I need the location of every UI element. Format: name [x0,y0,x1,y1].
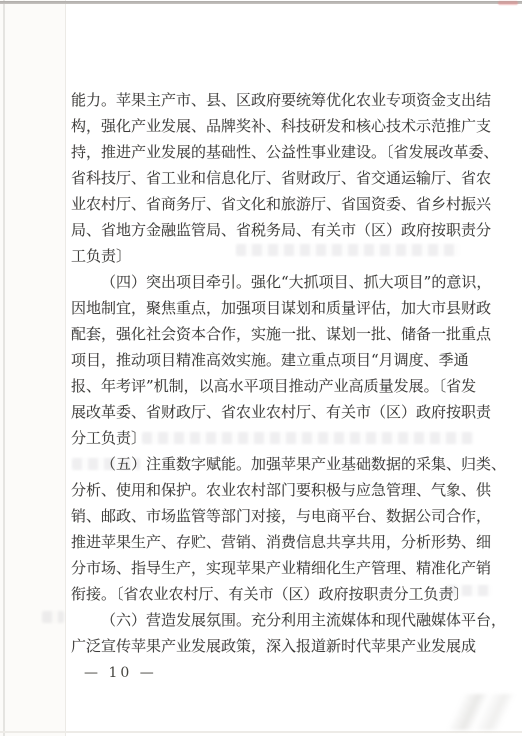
text-line: （五）注重数字赋能。加强苹果产业基础数据的采集、归类、 [71,451,501,477]
red-ink-smudge [498,1,518,5]
scan-left-edge-line [3,0,5,736]
document-text-block: 能力。苹果主产市、县、区政府要统筹优化农业专项资金支出结 构，强化产业发展、品牌… [71,87,501,659]
text-line: 展改革委、省财政厅、省农业农村厅、有关市（区）政府按职责 [71,399,501,425]
text-line: 分工负责〕 [71,425,501,451]
text-line: 分析、使用和保护。农业农村部门要积极与应急管理、气象、供 [71,477,501,503]
bleed-through-artifact [42,611,64,623]
paper-left-edge-line [65,0,66,736]
text-line: 工负责〕 [71,243,501,269]
text-line: 配套，强化社会资本合作，实施一批、谋划一批、储备一批重点 [71,321,501,347]
scanner-margin-strip [0,0,65,736]
text-line: 报、年考评”机制，以高水平项目推动产业高质量发展。〔省发 [71,373,501,399]
text-line: 销、邮政、市场监管等部门对接，与电商平台、数据公司合作， [71,503,501,529]
text-line: 推进苹果生产、存贮、营销、消费信息共享共用，分析形势、细 [71,529,501,555]
scan-bottom-edge-line [0,731,522,733]
text-line: 局、省地方金融监管局、省税务局、有关市（区）政府按职责分 [71,217,501,243]
text-line: （六）营造发展氛围。充分利用主流媒体和现代融媒体平台， [71,607,501,633]
text-line: 持，推进产业发展的基础性、公益性事业建设。〔省发展改革委、 [71,139,501,165]
text-line: 衔接。〔省农业农村厅、有关市（区）政府按职责分工负责〕 [71,581,501,607]
text-line: 广泛宣传苹果产业发展政策，深入报道新时代苹果产业发展成 [71,633,501,659]
scan-top-edge-line [0,1,522,4]
text-line: 分市场、指导生产，实现苹果产业精细化生产管理、精准化产销 [71,555,501,581]
text-line: 项目，推动项目精准高效实施。建立重点项目“月调度、季通 [71,347,501,373]
scanned-document-page: { "page": { "background_color": "#ffffff… [0,0,522,736]
text-line: 构，强化产业发展、品牌奖补、科技研发和核心技术示范推广支 [71,113,501,139]
text-line: 因地制宜，聚焦重点，加强项目谋划和质量评估，加大市县财政 [71,295,501,321]
text-line: 业农村厅、省商务厅、省文化和旅游厅、省国资委、省乡村振兴 [71,191,501,217]
page-number: — 10 — [84,662,157,684]
text-line: 省科技厅、省工业和信息化厅、省财政厅、省交通运输厅、省农 [71,165,501,191]
scanner-noise-streaks [432,694,520,730]
text-line: 能力。苹果主产市、县、区政府要统筹优化农业专项资金支出结 [71,87,501,113]
text-line: （四）突出项目牵引。强化“大抓项目、抓大项目”的意识， [71,269,501,295]
